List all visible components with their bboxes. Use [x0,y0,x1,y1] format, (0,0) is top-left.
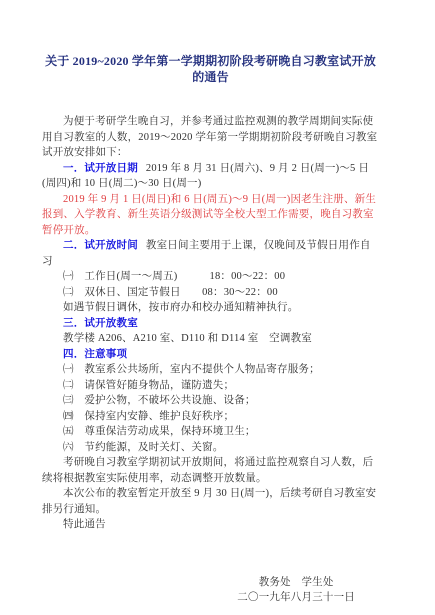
rooms-text: 教学楼 A206、A210 室、D110 和 D114 室 空调教室 [42,331,379,347]
notice-page: 关于 2019~2020 学年第一学期期初阶段考研晚自习教室试开放的通告 为便于… [0,0,435,615]
notes-item-6: ㈥ 节约能源，及时关灯、关窗。 [42,440,379,456]
hours-item-weekend: ㈡ 双休日、国定节假日 08：30～22：00 [42,285,379,301]
section-dates-heading: 一．试开放日期 [63,162,138,174]
hours-item-weekday: ㈠ 工作日(周一～周五) 18：00～22：00 [42,269,379,285]
section-hours-line: 二．试开放时间教室日间主要用于上课，仅晚间及节假日用作自习 [42,238,379,269]
closing-paragraph-2: 本次公布的教室暂定开放至 9 月 30 日(周一)，后续考研自习教室安排另行通知… [42,486,379,517]
section-notes-heading: 四．注意事项 [63,348,127,360]
notes-item-1: ㈠ 教室系公共场所，室内不提供个人物品寄存服务； [42,362,379,378]
notice-title: 关于 2019~2020 学年第一学期期初阶段考研晚自习教室试开放的通告 [42,53,379,85]
notes-item-3: ㈢ 爱护公物，不破坏公共设施、设备； [42,393,379,409]
intro-paragraph: 为便于考研学生晚自习，并参考通过监控观测的教学周期间实际使用自习教室的人数，20… [42,114,379,161]
section-notes-heading-line: 四．注意事项 [42,347,379,363]
hours-note: 如遇节假日调休，按市府办和校办通知精神执行。 [42,300,379,316]
notes-item-2: ㈡ 请保管好随身物品，谨防遗失； [42,378,379,394]
signature-departments: 教务处 学生处 [237,575,355,591]
section-rooms-heading-line: 三．试开放教室 [42,316,379,332]
suspension-notice: 2019 年 9 月 1 日(周日)和 6 日(周五)～9 日(周一)因老生注册… [42,192,379,239]
notes-item-4: ㈣ 保持室内安静、维护良好秩序； [42,409,379,425]
notes-item-5: ㈤ 尊重保洁劳动成果，保持环境卫生； [42,424,379,440]
signature-block: 教务处 学生处 二〇一九年八月三十一日 [237,575,355,606]
section-rooms-heading: 三．试开放教室 [63,317,138,329]
closing-paragraph-1: 考研晚自习教室学期初试开放期间，将通过监控观察自习人数，后续将根据教室实际使用率… [42,455,379,486]
section-hours-heading: 二．试开放时间 [63,239,138,251]
closing-statement: 特此通告 [42,517,379,533]
signature-date: 二〇一九年八月三十一日 [237,590,355,606]
section-dates-line: 一．试开放日期2019 年 8 月 31 日(周六)、9 月 2 日(周一)～5… [42,161,379,192]
